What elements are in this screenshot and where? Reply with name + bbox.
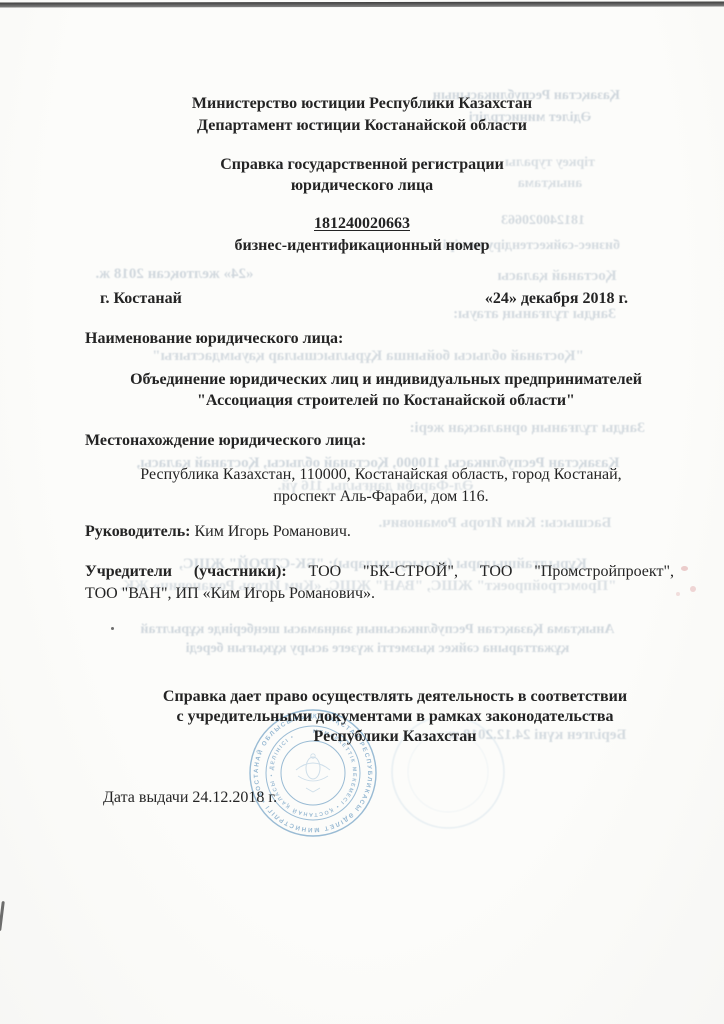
ministry-header-line2: Департамент юстиции Костанайской области [62, 117, 662, 135]
ghost-stamp-impression [388, 712, 508, 832]
scanner-edge-strip [0, 1, 724, 7]
bin-label: бизнес-идентификационный номер [62, 237, 662, 255]
bleedthrough-line: құжаттарына сәйкес қызметті жүзеге асыру… [145, 641, 610, 657]
official-round-stamp: ҚАЗАҚСТАН РЕСПУБЛИКАСЫ ӘДІЛЕТ МИНИСТРЛІГ… [246, 706, 380, 840]
bleedthrough-line: Заңды тұлғаның орналасқан жері: [420, 420, 645, 437]
bleedthrough-line: «24» желтоқсан 2018 ж. [92, 266, 257, 283]
founders-label: Учредители (участники): [85, 563, 287, 580]
certificate-title-line2: юридического лица [62, 177, 662, 195]
pink-smudge [690, 586, 696, 592]
bleedthrough-line: "Қостанай облысы бойынша Құрылысшылар қа… [88, 348, 648, 365]
address-line2: проспект Аль-Фараби, дом 116. [85, 488, 677, 506]
head-value: Ким Игорь Романович. [191, 523, 351, 540]
bleedthrough-line: Қостанай қаласы [497, 268, 617, 285]
issue-date-header: «24» декабря 2018 г. [485, 290, 628, 308]
stamp-inner-ring-text: МЕМЛЕКЕТТІК МЕКЕМЕСІ • ҚОСТАНАЙ ҚАЛАСЫ •… [269, 729, 357, 817]
certificate-title-line1: Справка государственной регистрации [62, 156, 662, 174]
svg-text:МЕМЛЕКЕТТІК МЕКЕМЕСІ • ҚОСТАНА: МЕМЛЕКЕТТІК МЕКЕМЕСІ • ҚОСТАНАЙ ҚАЛАСЫ •… [269, 729, 357, 817]
location-section-label: Местонахождение юридического лица: [85, 432, 366, 450]
statement-line1: Справка дает право осуществлять деятельн… [110, 688, 680, 706]
founders-line2: ТОО "ВАН", ИП «Ким Игорь Романович». [85, 585, 375, 603]
city-date-row: г. Костанай «24» декабря 2018 г. [100, 290, 628, 308]
org-name-line1: Объединение юридических лиц и индивидуал… [62, 371, 710, 389]
stamp-center-emblem [296, 754, 330, 792]
head-section: Руководитель: Ким Игорь Романович. [85, 523, 351, 541]
ministry-header-line1: Министерство юстиции Республики Казахста… [62, 95, 662, 113]
pink-smudge [676, 592, 680, 596]
founders-value-line1: ТОО "БК-СТРОЙ", ТОО "Промстройпроект", [287, 563, 674, 580]
bin-number: 181240020663 [62, 215, 662, 233]
bin-number-value: 181240020663 [314, 215, 410, 232]
head-label: Руководитель: [85, 523, 191, 540]
bleedthrough-line: Заңды тұлғаның атауы: [452, 306, 617, 323]
founders-line1: Учредители (участники): ТОО "БК-СТРОЙ", … [85, 563, 674, 581]
scanned-document-page: Қазақстан Республикасының Әділет министр… [0, 0, 724, 1024]
pink-smudge [681, 566, 688, 571]
issue-city: г. Костанай [100, 290, 182, 308]
address-line1: Республика Казахстан, 110000, Костанайск… [85, 466, 677, 484]
bleedthrough-line: Анықтама Қазақстан Республикасының заңна… [105, 622, 650, 638]
bleedthrough-line: Басшысы: Ким Игорь Романович. [350, 515, 640, 532]
org-name-line2: "Ассоциация строителей по Костанайской о… [62, 392, 710, 410]
name-section-label: Наименование юридического лица: [85, 330, 343, 348]
scan-edge-mark [0, 901, 5, 931]
